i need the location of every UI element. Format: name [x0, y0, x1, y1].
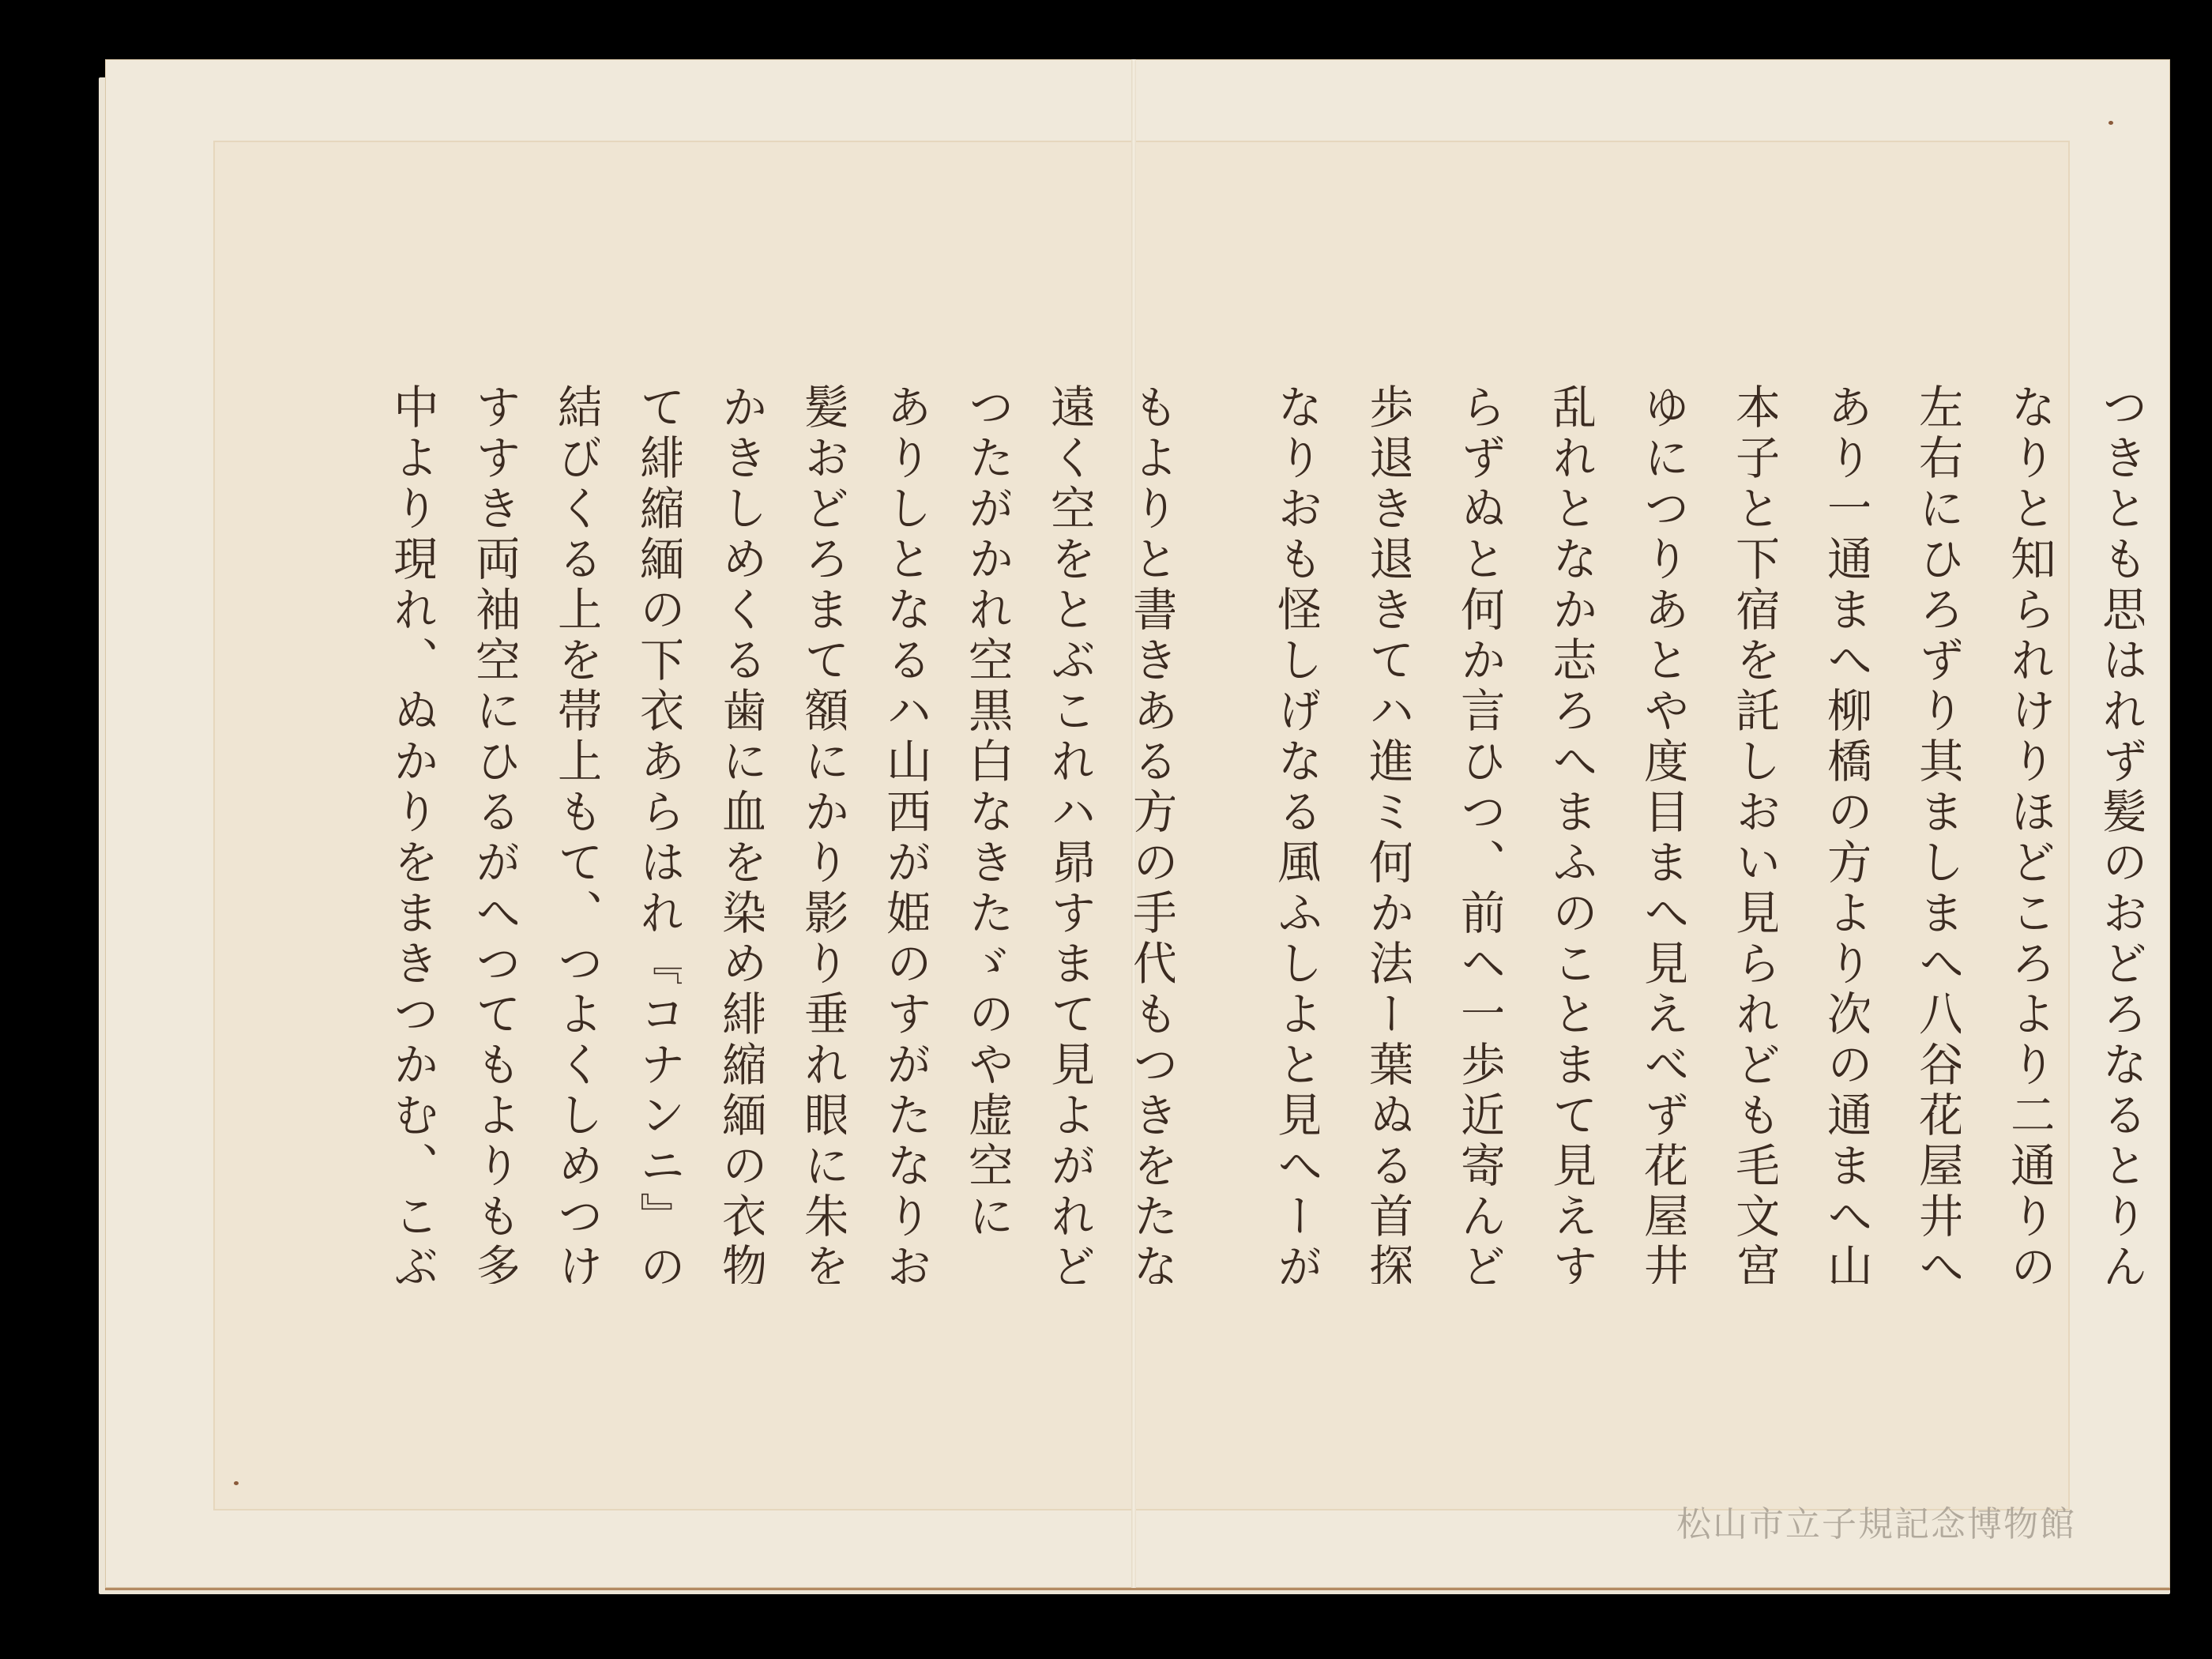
- text-column: なりおも怪しげなる風ふしよと見へーがい: [1270, 383, 1319, 1284]
- text-column: 左右にひろずり其ましまへ八谷花屋井への家名: [1912, 383, 1961, 1284]
- paper-spot: [234, 1481, 239, 1485]
- text-column: 髪おどろまて額にかり影り垂れ眼に朱を注ぎて: [800, 383, 846, 1284]
- text-column: ありしとなるハ山西が姫のすがたなりおねる: [882, 383, 928, 1284]
- text-column: 乱れとなか志ろへまふのことまて見えすむのまもあ: [1545, 383, 1594, 1284]
- text-column: 結びくる上を帯上もて、つよくしめつけ風に翻: [554, 383, 600, 1284]
- right-page: つきとも思はれず髪のおどろなるとりんだ帽子 なりと知られけりほどころより二通りの…: [1136, 59, 2170, 1588]
- text-column: あり一通まへ柳橋の方より次の通まへ山西又: [1820, 383, 1869, 1284]
- text-column: つきとも思はれず髪のおどろなるとりんだ帽子: [2095, 383, 2144, 1284]
- left-page: もよりと書きある方の手代もつきをたなれて 遠く空をとぶこれハ昴すまて見よがれど月…: [105, 59, 1132, 1588]
- text-column: 歩退き退きてハ進ミ何か法ー葉ぬる首探: [1362, 383, 1411, 1284]
- museum-watermark: 松山市立子規記念博物館: [1676, 1495, 2076, 1546]
- text-column: ゆにつりあとや度目まへ見えべず花屋井へ一心: [1637, 383, 1686, 1284]
- text-column: 遠く空をとぶこれハ昴すまて見よがれど月ハ: [1047, 383, 1093, 1284]
- left-page-columns: もよりと書きある方の手代もつきをたなれて 遠く空をとぶこれハ昴すまて見よがれど月…: [389, 383, 1175, 1284]
- text-column: らずぬと何か言ひつ、前ヘ一歩近寄んど後に一: [1454, 383, 1503, 1284]
- text-column: て緋縮緬の下衣あらはれ『コナンニ』の帯荒らしく: [636, 383, 682, 1284]
- text-column: 本子と下宿を託しおい見られども毛文宮め: [1729, 383, 1777, 1284]
- text-column: 中より現れ、ぬかりをまきつかむ、こぶーしこみのたーもし: [389, 383, 435, 1284]
- text-column: つたがかれ空黒白なきたゞのや虚空に: [965, 383, 1010, 1284]
- text-column: すすき両袖空にひるがへつてもよりも多きかいぶ: [472, 383, 517, 1284]
- text-column: なりと知られけりほどころより二通りの文長く: [2003, 383, 2052, 1284]
- manuscript-spread: もよりと書きある方の手代もつきをたなれて 遠く空をとぶこれハ昴すまて見よがれど月…: [105, 59, 2170, 1590]
- text-column: かきしめくる歯に血を染め緋縮緬の衣物所々にさけ: [718, 383, 764, 1284]
- paper-spot: [2109, 121, 2113, 125]
- right-page-columns: つきとも思はれず髪のおどろなるとりんだ帽子 なりと知られけりほどころより二通りの…: [1270, 383, 2144, 1284]
